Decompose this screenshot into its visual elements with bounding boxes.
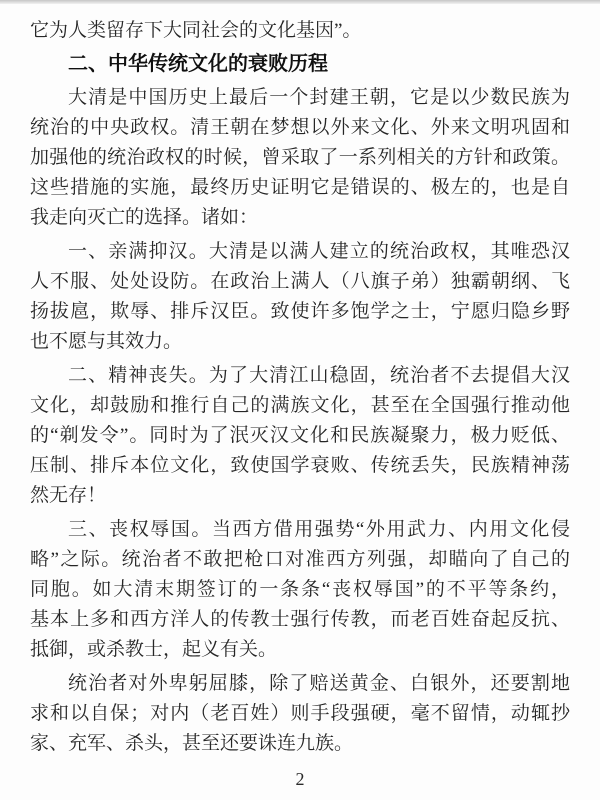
text-line: 扬拔扈，欺辱、排斥汉臣。致使许多饱学之士，宁愿归隐乡野 [30,297,570,327]
text-line: 同胞。如大清末期签订的一条条“丧权辱国”的不平等条约， [30,575,570,605]
document-page: 它为人类留存下大同社会的文化基因”。 二、中华传统文化的衰败历程 大清是中国历史… [0,0,600,800]
text-line: 略”之际。统治者不敢把枪口对准西方列强，却瞄向了自己的 [30,545,570,575]
scan-edge-artifact [0,0,600,4]
text-line: 文化，却鼓励和推行自己的满族文化，甚至在全国强行推动他 [30,391,570,421]
section-heading: 二、中华传统文化的衰败历程 [30,49,570,79]
paragraphs-container: 大清是中国历史上最后一个封建王朝，它是以少数民族为统治的中央政权。清王朝在梦想以… [30,83,570,759]
text-line: 二、精神丧失。为了大清江山稳固，统治者不去提倡大汉 [30,361,570,391]
text-line: 这些措施的实施，最终历史证明它是错误的、极左的，也是自 [30,173,570,203]
page-body-text: 它为人类留存下大同社会的文化基因”。 二、中华传统文化的衰败历程 大清是中国历史… [30,16,570,763]
text-line: 统治的中央政权。清王朝在梦想以外来文化、外来文明巩固和 [30,113,570,143]
paragraph: 一、亲满抑汉。大清是以满人建立的统治政权，其唯恐汉人不服、处处设防。在政治上满人… [30,237,570,357]
text-line: 加强他的统治政权的时候，曾采取了一系列相关的方针和政策。 [30,143,570,173]
text-line: 求和以自保；对内（老百姓）则手段强硬，毫不留情，动辄抄 [30,699,570,729]
paragraph: 二、精神丧失。为了大清江山稳固，统治者不去提倡大汉文化，却鼓励和推行自己的满族文… [30,361,570,511]
paragraph: 统治者对外卑躬屈膝，除了赔送黄金、白银外，还要割地求和以自保；对内（老百姓）则手… [30,669,570,759]
text-line: 抵御，或杀教士，起义有关。 [30,635,570,665]
text-line: 一、亲满抑汉。大清是以满人建立的统治政权，其唯恐汉 [30,237,570,267]
paragraph: 三、丧权辱国。当西方借用强势“外用武力、内用文化侵略”之际。统治者不敢把枪口对准… [30,515,570,665]
text-line: 家、充军、杀头，甚至还要诛连九族。 [30,729,570,759]
text-line: 基本上多和西方洋人的传教士强行传教，而老百姓奋起反抗、 [30,605,570,635]
text-line: 然无存！ [30,481,570,511]
continuation-line: 它为人类留存下大同社会的文化基因”。 [30,16,570,46]
text-line: 大清是中国历史上最后一个封建王朝，它是以少数民族为 [30,83,570,113]
text-line: 三、丧权辱国。当西方借用强势“外用武力、内用文化侵 [30,515,570,545]
text-line: 压制、排斥本位文化，致使国学衰败、传统丢失，民族精神荡 [30,451,570,481]
text-line: 的“剃发令”。同时为了泯灭汉文化和民族凝聚力，极力贬低、 [30,421,570,451]
page-number: 2 [0,769,600,789]
text-line: 也不愿与其效力。 [30,327,570,357]
paragraph: 大清是中国历史上最后一个封建王朝，它是以少数民族为统治的中央政权。清王朝在梦想以… [30,83,570,233]
text-line: 人不服、处处设防。在政治上满人（八旗子弟）独霸朝纲、飞 [30,267,570,297]
text-line: 我走向灭亡的选择。诸如： [30,203,570,233]
text-line: 统治者对外卑躬屈膝，除了赔送黄金、白银外，还要割地 [30,669,570,699]
